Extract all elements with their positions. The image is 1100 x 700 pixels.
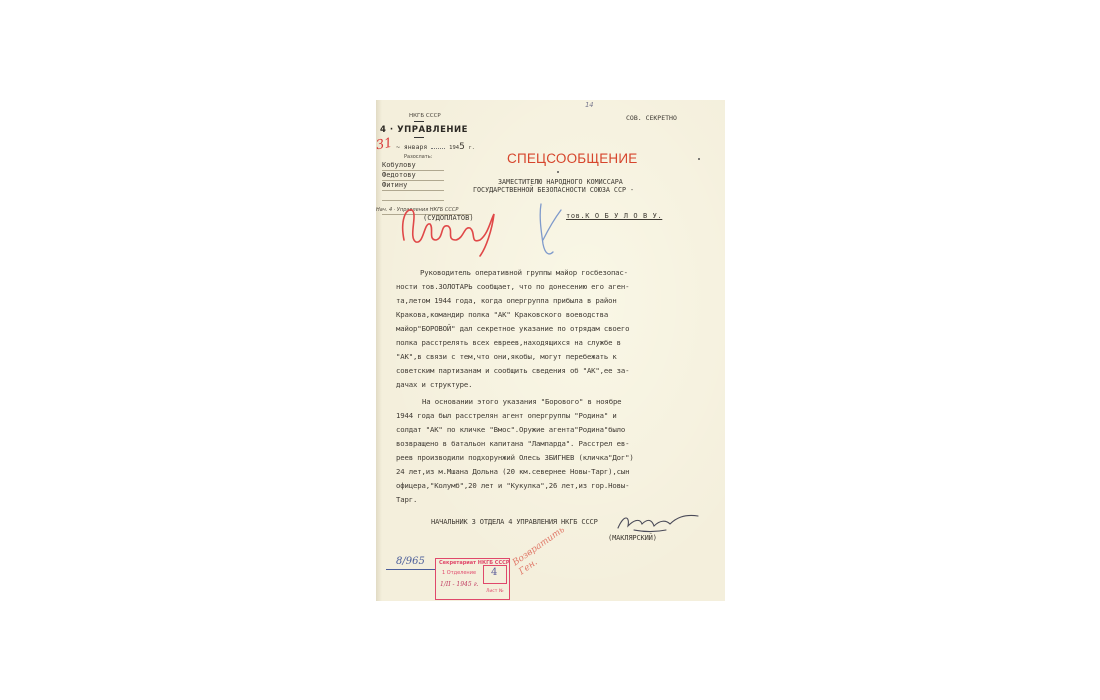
signatory-title: НАЧАЛЬНИК 3 ОТДЕЛА 4 УПРАВЛЕНИЯ НКГБ ССС… [431, 518, 598, 526]
stamp-footer: Лист № [486, 589, 504, 594]
date-year-digit: 5 [459, 142, 465, 152]
body-line: майор"БОРОВОЙ" дал секретное указание по… [396, 324, 629, 333]
body-line: та,летом 1944 года, когда опергруппа при… [396, 296, 617, 305]
distribution-item: Фитину [382, 181, 407, 189]
body-line: Руководитель оперативной группы майор го… [420, 268, 628, 277]
signature-icon [614, 510, 704, 538]
department-name: УПРАВЛЕНИЕ [397, 125, 468, 135]
blue-pencil-mark-icon [531, 200, 571, 260]
classification-label: СОВ. СЕКРЕТНО [626, 114, 677, 122]
distribution-item: Кобулову [382, 161, 416, 169]
document-title: СПЕЦСООБЩЕНИЕ [507, 151, 637, 166]
date-year-prefix: 194 [449, 145, 459, 151]
body-line: Тарг. [396, 495, 417, 504]
department-heading: 4 · УПРАВЛЕНИЕ [380, 125, 468, 135]
dot-mark [698, 158, 700, 160]
document-page: 14 НКГБ СССР 4 · УПРАВЛЕНИЕ 31 ~ января … [376, 100, 725, 601]
body-line: офицера,"Колумб",20 лет и "Кукулка",26 л… [396, 481, 629, 490]
date-line: ~ января 1945 г. [396, 142, 475, 152]
divider [386, 569, 436, 570]
divider [414, 137, 424, 138]
body-line: советским партизанам и сообщить сведения… [396, 366, 629, 375]
stamp-date: 1/II - 1945 г. [440, 581, 479, 588]
handwritten-note: Возвратить Ген. [511, 531, 565, 578]
body-line: Кракова,командир полка "АК" Краковского … [396, 310, 608, 319]
body-line: дачах и структуре. [396, 380, 472, 389]
body-line: 1944 года был расстрелян агент опергрупп… [396, 411, 617, 420]
stamp-number: 4 [491, 567, 497, 578]
body-line: возвращено в батальон капитана "Лампарда… [396, 439, 629, 448]
distribute-label: Разослать: [404, 154, 432, 160]
date-month: января [404, 143, 427, 151]
stamp-number-box: 4 [483, 565, 507, 584]
date-day-handwritten: 31 [376, 136, 394, 154]
registration-number: 8/965 [396, 556, 425, 567]
body-line: реев производили подхорунжий Олесь ЗБИГН… [396, 453, 634, 462]
body-line: На основании этого указания "Борового" в… [422, 397, 621, 406]
body-line: 24 лет,из м.Мшана Дольна (20 км.севернее… [396, 467, 629, 476]
page-number-mark: 14 [585, 101, 593, 109]
date-year-suffix: г. [469, 145, 475, 151]
body-line: солдат "АК" по кличке "Вмос".Оружие аген… [396, 425, 625, 434]
divider [414, 121, 424, 122]
addressee-line: ГОСУДАРСТВЕННОЙ БЕЗОПАСНОСТИ СОЮЗА ССР - [473, 186, 634, 194]
body-line: "АК",в связи с тем,что они,якобы, могут … [396, 352, 617, 361]
red-signature-icon [394, 200, 504, 260]
department-number: 4 [380, 125, 386, 135]
addressee-name: тов.К О Б У Л О В У. [566, 212, 662, 220]
dot-mark [557, 171, 559, 173]
addressee-line: ЗАМЕСТИТЕЛЮ НАРОДНОГО КОМИССАРА [498, 178, 623, 186]
agency-label: НКГБ СССР [409, 113, 441, 119]
distribution-item: Федотову [382, 171, 416, 179]
registry-stamp: Секретариат НКГБ СССР 1 Отделение 1/II -… [435, 558, 510, 600]
stamp-section: 1 Отделение [442, 570, 476, 576]
body-line: ности тов.ЗОЛОТАРЬ сообщает, что по доне… [396, 282, 629, 291]
divider [382, 190, 444, 191]
body-line: полка расстрелять всех евреев,находящихс… [396, 338, 621, 347]
